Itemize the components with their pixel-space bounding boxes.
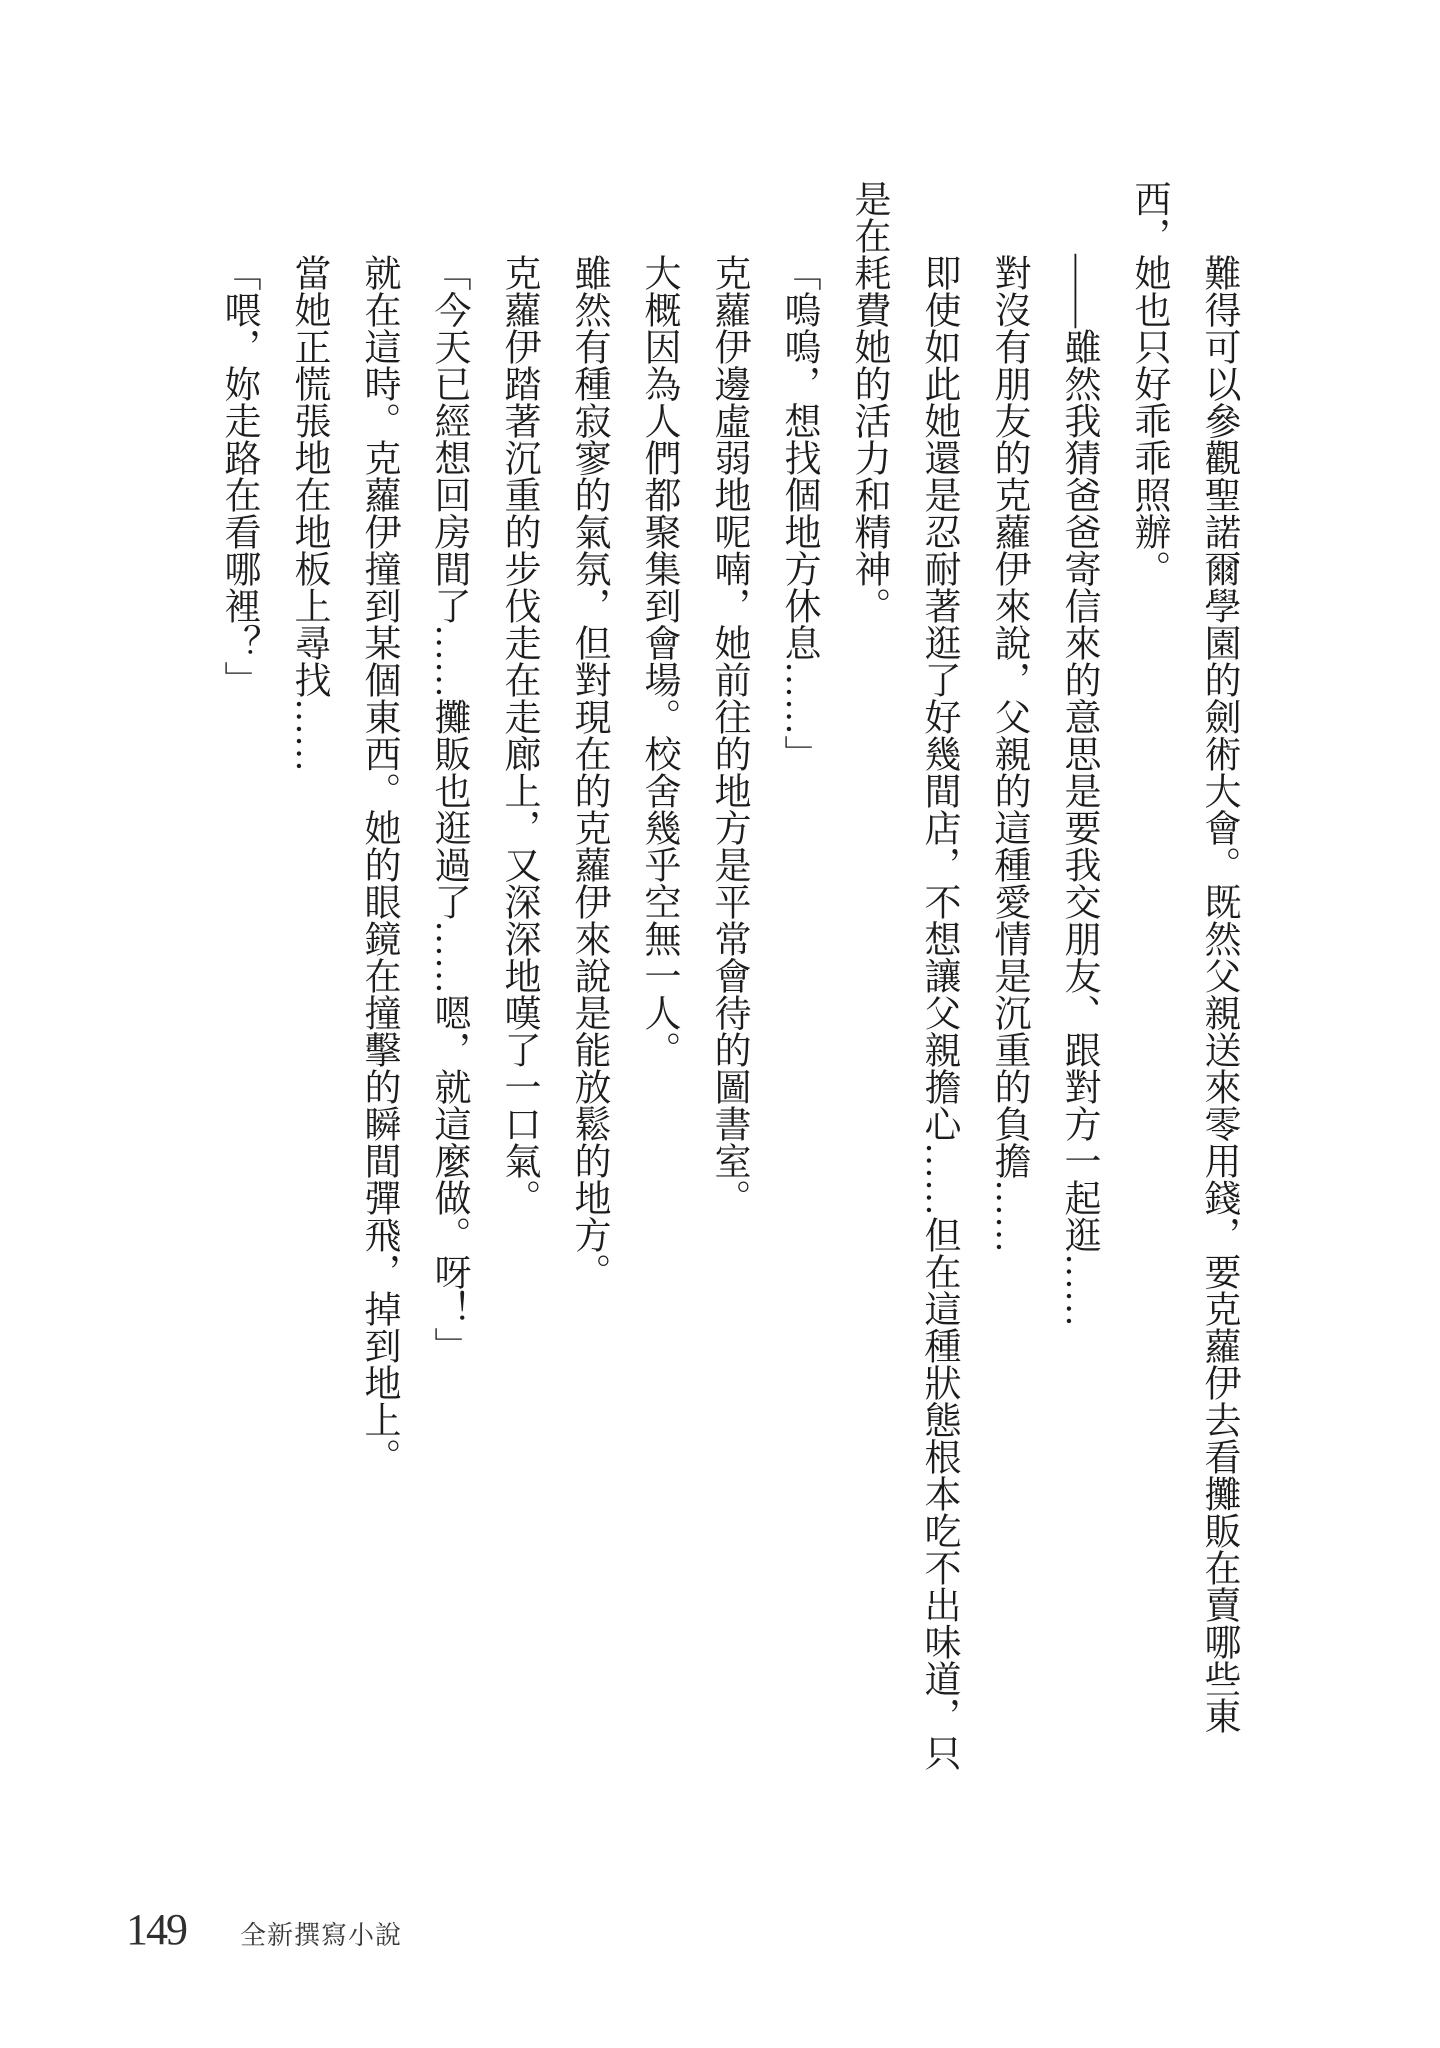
paragraph: 當她正慌張地在地板上尋找…… xyxy=(273,180,343,1780)
text-column: 「今天已經想回房間了……攤販也逛過了……嗯，就這麼做。呀！」 xyxy=(413,180,483,1780)
paragraph: 大概因為人們都聚集到會場。校舍幾乎空無一人。 xyxy=(623,180,693,1780)
section-label: 全新撰寫小說 xyxy=(240,1922,402,1948)
text-column: 西，她也只好乖乖照辦。 xyxy=(1113,180,1183,1780)
paragraph: 對沒有朋友的克蘿伊來說，父親的這種愛情是沉重的負擔…… xyxy=(973,180,1043,1780)
paragraph: 「喂，妳走路在看哪裡？」 xyxy=(203,180,273,1780)
text-column: 即使如此她還是忍耐著逛了好幾間店，不想讓父親擔心……但在這種狀態根本吃不出味道，… xyxy=(903,180,973,1780)
paragraph: 即使如此她還是忍耐著逛了好幾間店，不想讓父親擔心……但在這種狀態根本吃不出味道，… xyxy=(833,180,973,1780)
text-column: 「嗚嗚，想找個地方休息……」 xyxy=(763,180,833,1780)
paragraph: 雖然有種寂寥的氣氛，但對現在的克蘿伊來說是能放鬆的地方。 xyxy=(553,180,623,1780)
paragraph: 就在這時。克蘿伊撞到某個東西。她的眼鏡在撞擊的瞬間彈飛，掉到地上。 xyxy=(343,180,413,1780)
page-number: 149 xyxy=(126,1908,186,1952)
text-column: 對沒有朋友的克蘿伊來說，父親的這種愛情是沉重的負擔…… xyxy=(973,180,1043,1780)
text-column: 克蘿伊邊虛弱地呢喃，她前往的地方是平常會待的圖書室。 xyxy=(693,180,763,1780)
text-column: 大概因為人們都聚集到會場。校舍幾乎空無一人。 xyxy=(623,180,693,1780)
text-column: 是在耗費她的活力和精神。 xyxy=(833,180,903,1780)
novel-page: 難得可以參觀聖諾爾學園的劍術大會。既然父親送來零用錢，要克蘿伊去看攤販在賣哪些東… xyxy=(0,0,1440,2048)
text-column: 「喂，妳走路在看哪裡？」 xyxy=(203,180,273,1780)
page-footer: 149 全新撰寫小說 xyxy=(0,1900,1440,1980)
text-column: 當她正慌張地在地板上尋找…… xyxy=(273,180,343,1780)
text-column: 克蘿伊踏著沉重的步伐走在走廊上，又深深地嘆了一口氣。 xyxy=(483,180,553,1780)
paragraph: 難得可以參觀聖諾爾學園的劍術大會。既然父親送來零用錢，要克蘿伊去看攤販在賣哪些東… xyxy=(1113,180,1253,1780)
paragraph: ——雖然我猜爸爸寄信來的意思是要我交朋友、跟對方一起逛…… xyxy=(1043,180,1113,1780)
paragraph: 「嗚嗚，想找個地方休息……」 xyxy=(763,180,833,1780)
paragraph: 「今天已經想回房間了……攤販也逛過了……嗯，就這麼做。呀！」 xyxy=(413,180,483,1780)
vertical-text-block: 難得可以參觀聖諾爾學園的劍術大會。既然父親送來零用錢，要克蘿伊去看攤販在賣哪些東… xyxy=(203,180,1253,1780)
text-column: 難得可以參觀聖諾爾學園的劍術大會。既然父親送來零用錢，要克蘿伊去看攤販在賣哪些東 xyxy=(1183,180,1253,1780)
paragraph: 克蘿伊邊虛弱地呢喃，她前往的地方是平常會待的圖書室。 xyxy=(693,180,763,1780)
book-page-scan: { "page": { "background_color": "#ffffff… xyxy=(0,0,1440,2048)
text-column: ——雖然我猜爸爸寄信來的意思是要我交朋友、跟對方一起逛…… xyxy=(1043,180,1113,1780)
text-column: 雖然有種寂寥的氣氛，但對現在的克蘿伊來說是能放鬆的地方。 xyxy=(553,180,623,1780)
paragraph: 克蘿伊踏著沉重的步伐走在走廊上，又深深地嘆了一口氣。 xyxy=(483,180,553,1780)
text-column: 就在這時。克蘿伊撞到某個東西。她的眼鏡在撞擊的瞬間彈飛，掉到地上。 xyxy=(343,180,413,1780)
